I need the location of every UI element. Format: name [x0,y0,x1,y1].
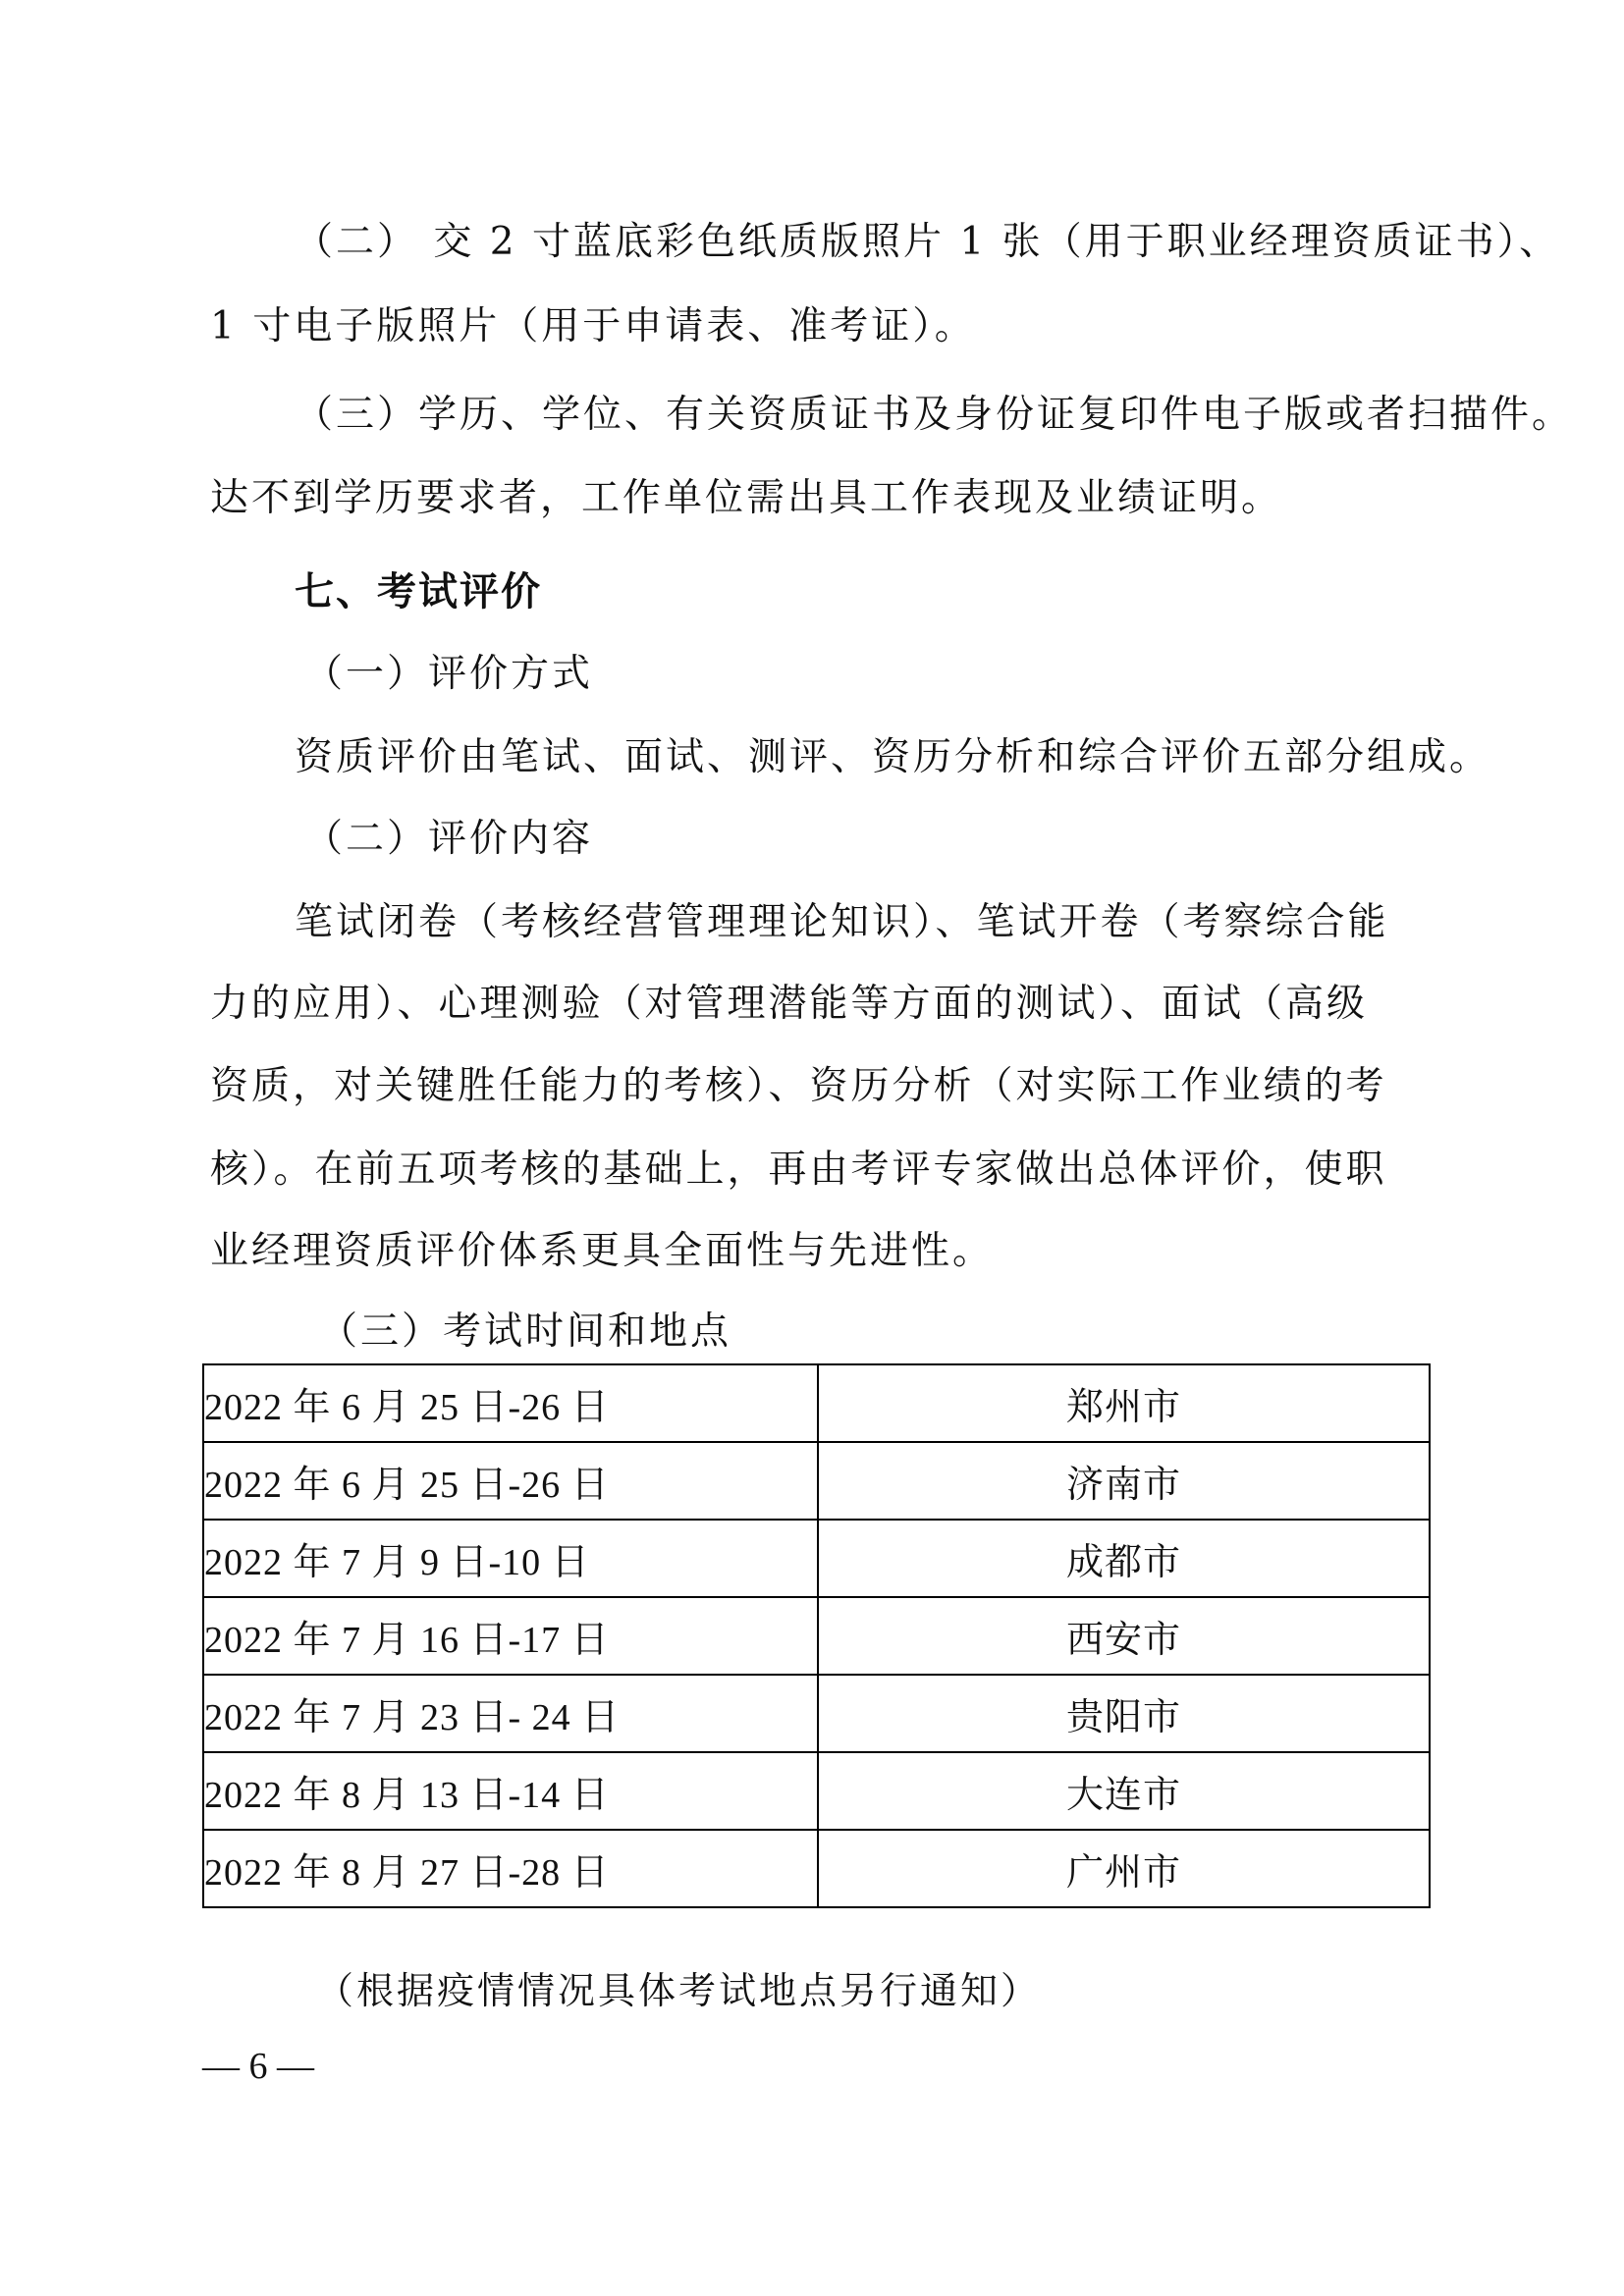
city-cell: 郑州市 [818,1364,1430,1442]
section-heading: 七、考试评价 [295,567,542,616]
date-cell: 2022 年 7 月 9 日-10 日 [203,1520,818,1597]
item3-line1: （三）学历、学位、有关资质证书及身份证复印件电子版或者扫描件。 [295,391,1573,440]
note: （根据疫情情况具体考试地点另行通知） [316,1960,1041,2014]
table-row: 2022 年 7 月 9 日-10 日 成都市 [203,1520,1430,1597]
date-cell: 2022 年 6 月 25 日-26 日 [203,1364,818,1442]
method-text: 资质评价由笔试、面试、测评、资历分析和综合评价五部分组成。 [295,733,1490,782]
table-row: 2022 年 8 月 27 日-28 日 广州市 [203,1830,1430,1907]
city-cell: 西安市 [818,1597,1430,1675]
date-cell: 2022 年 7 月 16 日-17 日 [203,1597,818,1675]
table-row: 2022 年 6 月 25 日-26 日 济南市 [203,1442,1430,1520]
schedule-title: （三）考试时间和地点 [319,1308,731,1357]
content-line-2: 力的应用）、心理测验（对管理潜能等方面的测试）、面试（高级 [210,980,1368,1029]
content-line-1: 笔试闭卷（考核经营管理理论知识）、笔试开卷（考察综合能 [295,898,1389,947]
table-row: 2022 年 6 月 25 日-26 日 郑州市 [203,1364,1430,1442]
schedule-table: 2022 年 6 月 25 日-26 日 郑州市 2022 年 6 月 25 日… [202,1363,1431,1908]
city-cell: 大连市 [818,1752,1430,1830]
content-line-5: 业经理资质评价体系更具全面性与先进性。 [210,1227,994,1276]
item3-line2: 达不到学历要求者，工作单位需出具工作表现及业绩证明。 [210,474,1282,523]
date-cell: 2022 年 8 月 27 日-28 日 [203,1830,818,1907]
city-cell: 成都市 [818,1520,1430,1597]
city-cell: 广州市 [818,1830,1430,1907]
date-cell: 2022 年 8 月 13 日-14 日 [203,1752,818,1830]
city-cell: 贵阳市 [818,1675,1430,1752]
table-row: 2022 年 7 月 16 日-17 日 西安市 [203,1597,1430,1675]
page-number: — 6 — [202,2045,314,2088]
city-cell: 济南市 [818,1442,1430,1520]
content-line-3: 资质，对关键胜任能力的考核）、资历分析（对实际工作业绩的考 [210,1062,1387,1111]
date-cell: 2022 年 7 月 23 日- 24 日 [203,1675,818,1752]
item2-line1: （二） 交 2 寸蓝底彩色纸质版照片 1 张（用于职业经理资质证书）、 [295,218,1560,267]
content-line-4: 核）。在前五项考核的基础上，再由考评专家做出总体评价，使职 [210,1146,1387,1195]
date-cell: 2022 年 6 月 25 日-26 日 [203,1442,818,1520]
table-row: 2022 年 8 月 13 日-14 日 大连市 [203,1752,1430,1830]
table-row: 2022 年 7 月 23 日- 24 日 贵阳市 [203,1675,1430,1752]
method-title: （一）评价方式 [304,650,593,699]
content-title: （二）评价内容 [304,815,593,864]
item2-line2: 1 寸电子版照片（用于申请表、准考证）。 [210,302,976,351]
